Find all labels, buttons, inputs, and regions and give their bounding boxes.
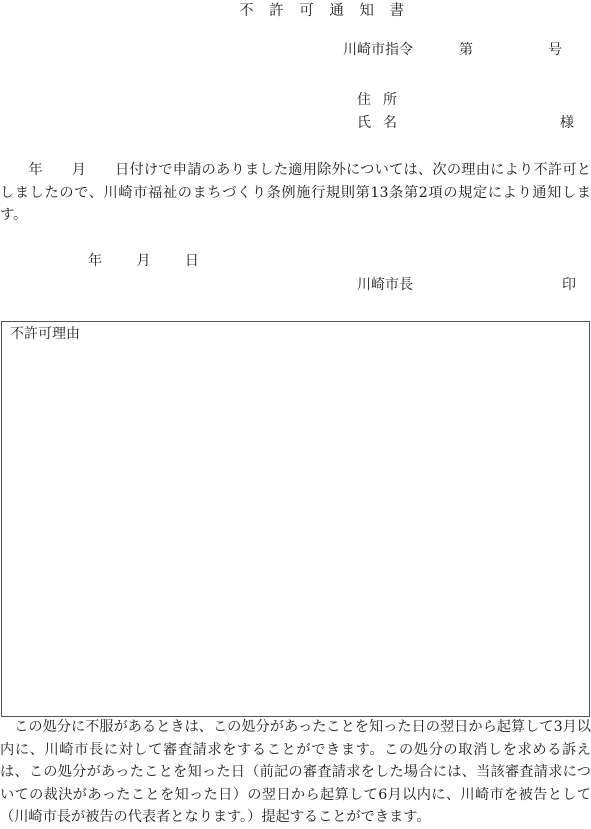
honorific: 様 <box>560 116 574 130</box>
name-label: 氏名 <box>357 116 409 130</box>
denial-reason-box: 不許可理由 <box>1 321 590 717</box>
issue-date: 年 月 日 <box>88 254 199 268</box>
date-year-label: 年 <box>88 254 102 268</box>
date-day-label: 日 <box>185 254 199 268</box>
reference-number-label: 第 <box>459 43 473 57</box>
seal-mark: 印 <box>562 278 576 292</box>
document-title: 不 許 可 通 知 書 <box>239 4 410 19</box>
body-paragraph: 年 月 日付けで申請のありました適用除外については、次の理由により不許可としまし… <box>0 159 591 227</box>
reference-number-suffix: 号 <box>548 43 562 57</box>
date-month-label: 月 <box>136 254 150 268</box>
reference-prefix: 川崎市指令 <box>343 43 413 57</box>
appeal-notice: この処分に不服があるときは、この処分があったことを知った日の翌日から起算して3月… <box>0 716 591 829</box>
denial-reason-label: 不許可理由 <box>10 327 80 341</box>
issuer-title: 川崎市長 <box>357 278 413 292</box>
address-label: 住所 <box>357 93 409 107</box>
